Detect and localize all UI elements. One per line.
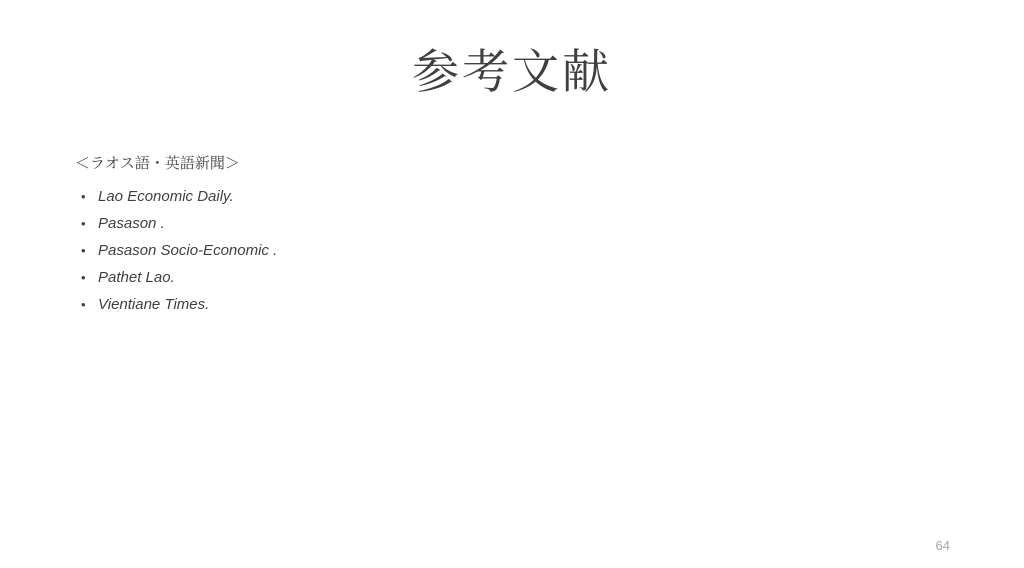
reference-list: • Lao Economic Daily. • Pasason . • Pasa…: [75, 183, 775, 318]
slide-title: 参考文献: [0, 44, 1024, 100]
section-header: ＜ラオス語・英語新聞＞: [75, 150, 775, 177]
bullet-icon: •: [81, 183, 98, 210]
slide: 参考文献 ＜ラオス語・英語新聞＞ • Lao Economic Daily. •…: [0, 0, 1024, 568]
list-item: • Vientiane Times.: [75, 291, 775, 318]
list-item-text: Lao Economic Daily.: [98, 183, 234, 210]
list-item-text: Pasason .: [98, 210, 165, 237]
page-number: 64: [936, 539, 950, 552]
list-item: • Pasason Socio-Economic .: [75, 237, 775, 264]
list-item: • Lao Economic Daily.: [75, 183, 775, 210]
bullet-icon: •: [81, 237, 98, 264]
list-item-text: Pasason Socio-Economic .: [98, 237, 277, 264]
bullet-icon: •: [81, 210, 98, 237]
list-item: • Pasason .: [75, 210, 775, 237]
slide-body: ＜ラオス語・英語新聞＞ • Lao Economic Daily. • Pasa…: [75, 150, 775, 318]
list-item-text: Pathet Lao.: [98, 264, 175, 291]
list-item-text: Vientiane Times.: [98, 291, 209, 318]
list-item: • Pathet Lao.: [75, 264, 775, 291]
bullet-icon: •: [81, 291, 98, 318]
bullet-icon: •: [81, 264, 98, 291]
